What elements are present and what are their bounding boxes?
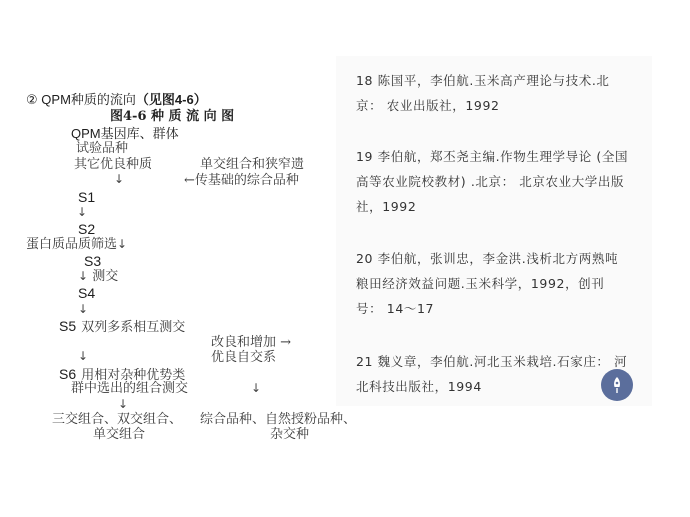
figure-title: 图4-6 种 质 流 向 图: [110, 110, 234, 123]
source-trial-varieties: 试验品种: [76, 142, 128, 155]
testcross-label: ↓ 测交: [78, 270, 118, 283]
protein-screen-label: 蛋白质品质筛选↓: [26, 238, 127, 251]
back-to-top-button[interactable]: [601, 369, 633, 401]
arrow-down-icon: ↓: [118, 398, 128, 410]
section-heading-ref: （见图4-6）: [136, 92, 207, 107]
arrow-down-icon: ↓: [78, 350, 88, 362]
improve-branch-line1: 改良和增加 →: [211, 336, 291, 349]
arrow-down-icon: ↓: [78, 269, 88, 283]
source-other-germplasm: 其它优良种质: [74, 158, 152, 171]
arrow-down-icon: ↓: [117, 237, 127, 251]
step-s3: S3: [84, 254, 101, 268]
source-gene-pool: QPM基因库、群体: [71, 127, 179, 140]
step-s5-label: S5: [59, 318, 76, 334]
reference-entry-18: 18 陈国平，李伯航.玉米高产理论与技术.北 京： 农业出版社，1992: [356, 68, 646, 118]
arrow-down-icon: ↓: [78, 303, 88, 315]
reference-list: 18 陈国平，李伯航.玉米高产理论与技术.北 京： 农业出版社，1992 19 …: [336, 56, 652, 406]
side-source-line1: 单交组合和狭窄遗: [200, 158, 304, 171]
section-heading: ② QPM种质的流向（见图4-6）: [26, 93, 207, 106]
output-right-line1: 综合品种、自然授粉品种、: [200, 413, 356, 426]
step-s6: S6 用相对杂种优势类: [59, 366, 185, 382]
step-s5: S5 双列多系相互测交: [59, 318, 185, 334]
arrow-down-icon: ↓: [77, 206, 87, 218]
section-heading-text: QPM种质的流向: [41, 92, 136, 107]
improve-branch-line2: 优良自交系: [211, 351, 276, 364]
step-s2: S2: [78, 222, 95, 236]
arrow-down-icon: ↓: [114, 173, 124, 185]
step-s6-note2: 群中选出的组合测交: [71, 382, 188, 395]
side-source-line2: ←传基础的综合品种: [184, 174, 299, 187]
step-s4: S4: [78, 286, 95, 300]
step-s5-note: 双列多系相互测交: [81, 320, 185, 335]
rocket-icon: [609, 376, 625, 394]
output-right-line2: 杂交种: [270, 428, 309, 441]
reference-entry-19: 19 李伯航，郑丕尧主编.作物生理学导论 (全国 高等农业院校教材) .北京： …: [356, 144, 646, 219]
arrow-down-icon: ↓: [251, 382, 261, 394]
output-left-line1: 三交组合、双交组合、: [52, 413, 182, 426]
step-s1: S1: [78, 190, 95, 204]
section-number: ②: [26, 92, 38, 107]
reference-entry-20: 20 李伯航，张训忠，李金洪.浅析北方两熟吨 粮田经济效益问题.玉米科学，199…: [356, 246, 646, 321]
output-left-line2: 单交组合: [93, 428, 145, 441]
step-s6-label: S6: [59, 366, 76, 382]
